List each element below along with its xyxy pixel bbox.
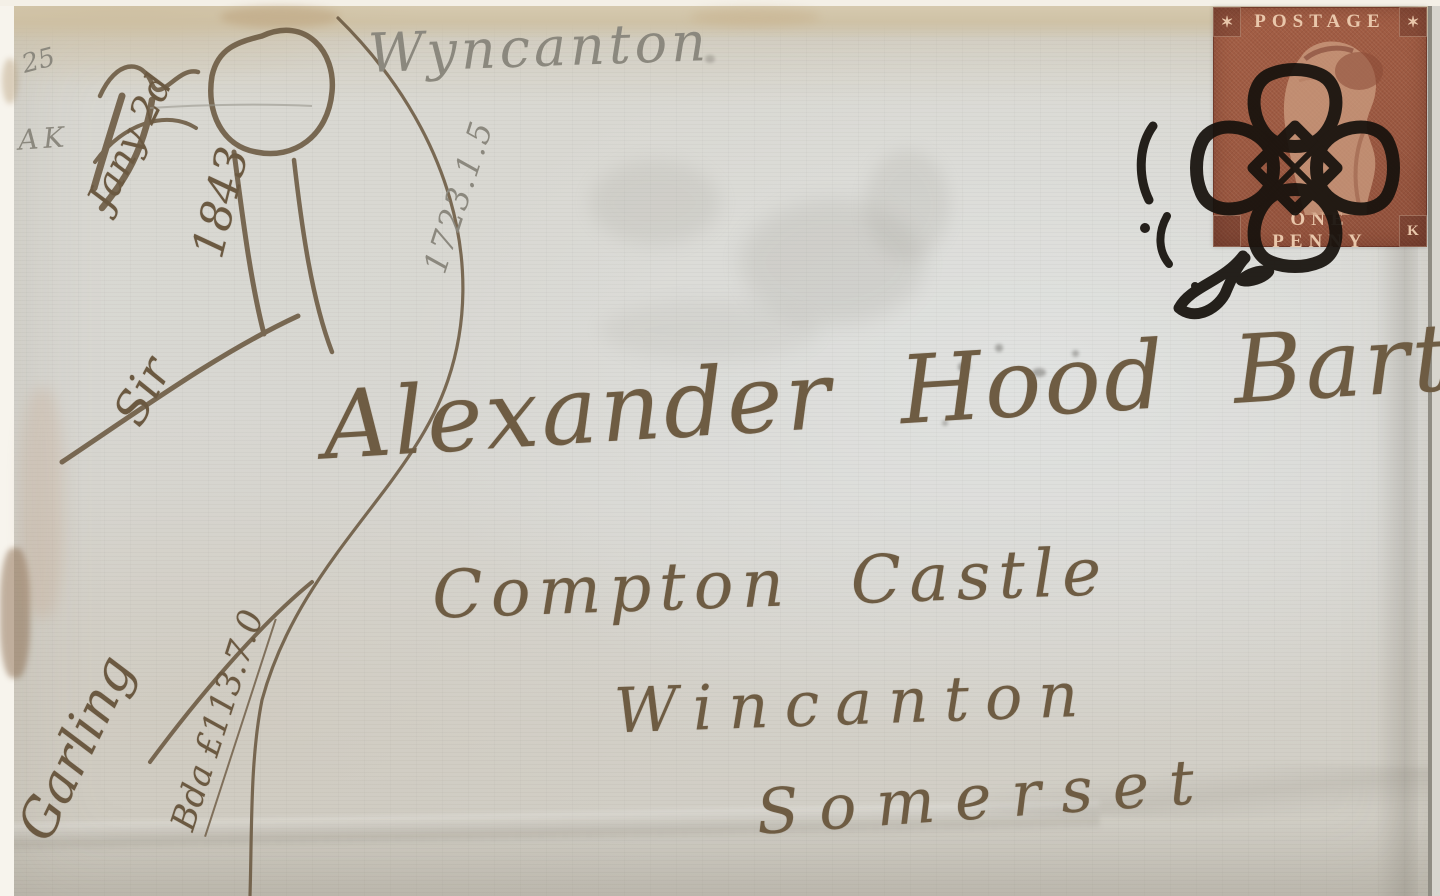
top-fold-left-shading xyxy=(0,0,420,120)
stamp-vignette xyxy=(1213,37,1427,215)
pencil-corner-initials: AK xyxy=(17,120,70,156)
envelope-scan: Wyncanton 1723.1.5 25 AK Jany 2d 1843 Si… xyxy=(0,0,1440,896)
scan-background-strip xyxy=(1432,0,1440,896)
stamp-bottom-band: ONE PENNY K xyxy=(1213,215,1427,247)
stamp-one-penny-label: ONE PENNY xyxy=(1241,209,1399,253)
queen-victoria-profile-icon xyxy=(1213,37,1427,215)
stamp-corner-star-right: ✶ xyxy=(1399,7,1427,37)
penny-red-stamp: ✶ POSTAGE ✶ ONE PENNY K xyxy=(1213,7,1427,247)
stamp-postage-label: POSTAGE xyxy=(1241,11,1399,33)
scan-background-strip xyxy=(0,0,14,896)
scan-background-strip xyxy=(0,0,1440,6)
stamp-corner-letter-left xyxy=(1213,215,1241,247)
stamp-corner-star-left: ✶ xyxy=(1213,7,1241,37)
pencil-annotation-wincanton: Wyncanton xyxy=(367,10,711,85)
stamp-top-band: ✶ POSTAGE ✶ xyxy=(1213,7,1427,37)
stamp-corner-letter-k: K xyxy=(1399,215,1427,247)
